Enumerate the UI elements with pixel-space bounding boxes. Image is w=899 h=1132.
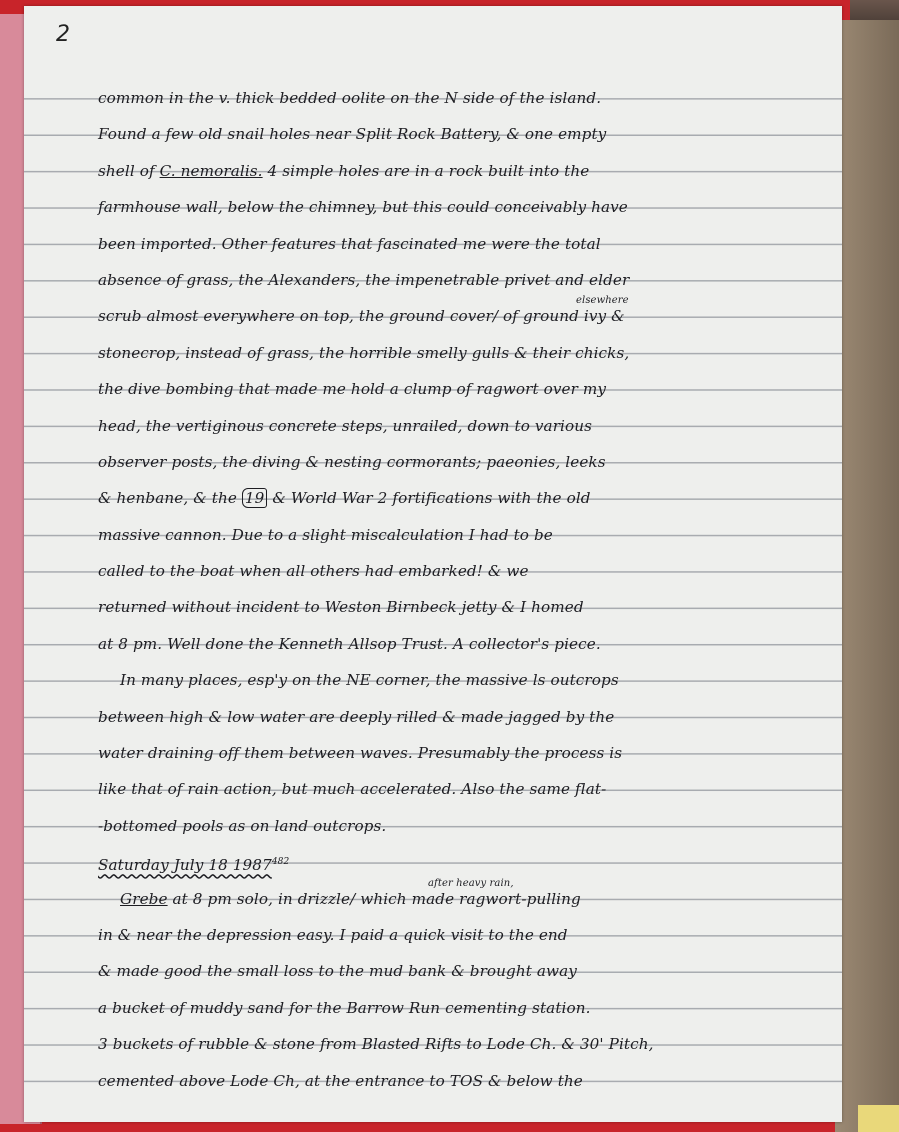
text-segment: at 8 pm solo, in drizzle/ which made rag… [168, 890, 581, 908]
text-line: common in the v. thick bedded oolite on … [98, 80, 838, 116]
cave-name-underlined: Grebe [120, 890, 168, 908]
date-heading-text: Saturday July 18 1987 [98, 856, 272, 874]
text-line: a bucket of muddy sand for the Barrow Ru… [98, 990, 838, 1026]
text-line: stonecrop, instead of grass, the horribl… [98, 335, 838, 371]
text-line: & henbane, & the 19 & World War 2 fortif… [98, 480, 838, 516]
text-line: shell of C. nemoralis. 4 simple holes ar… [98, 153, 838, 189]
text-line: cemented above Lode Ch, at the entrance … [98, 1063, 838, 1099]
text-line: & made good the small loss to the mud ba… [98, 953, 838, 989]
text-line: at 8 pm. Well done the Kenneth Allsop Tr… [98, 626, 838, 662]
text-line: returned without incident to Weston Birn… [98, 589, 838, 625]
text-line: head, the vertiginous concrete steps, un… [98, 408, 838, 444]
text-segment: scrub almost everywhere on top, the grou… [98, 307, 625, 325]
text-line: the dive bombing that made me hold a clu… [98, 371, 838, 407]
entry-date-heading: Saturday July 18 1987482 [98, 844, 838, 880]
text-line: after heavy rain, Grebe at 8 pm solo, in… [98, 881, 838, 917]
yellow-tab [858, 1105, 899, 1132]
circled-century-19: 19 [242, 488, 268, 508]
text-line: like that of rain action, but much accel… [98, 771, 838, 807]
text-segment: shell of [98, 162, 160, 180]
text-line: 3 buckets of rubble & stone from Blasted… [98, 1026, 838, 1062]
text-line: absence of grass, the Alexanders, the im… [98, 262, 838, 298]
text-line: observer posts, the diving & nesting cor… [98, 444, 838, 480]
insertion-note: elsewhere [576, 296, 629, 306]
text-line: been imported. Other features that fasci… [98, 226, 838, 262]
text-line: water draining off them between waves. P… [98, 735, 838, 771]
text-line: called to the boat when all others had e… [98, 553, 838, 589]
text-line: in & near the depression easy. I paid a … [98, 917, 838, 953]
text-line: massive cannon. Due to a slight miscalcu… [98, 517, 838, 553]
entry-number-superscript: 482 [272, 857, 289, 867]
text-line: farmhouse wall, below the chimney, but t… [98, 189, 838, 225]
page-number: 2 [56, 22, 70, 47]
text-segment: & henbane, & the [98, 489, 242, 507]
text-line: In many places, esp'y on the NE corner, … [98, 662, 838, 698]
insertion-note: after heavy rain, [428, 879, 514, 889]
background-pages-edge [835, 20, 899, 1132]
species-name-underlined: C. nemoralis. [160, 162, 263, 180]
notebook-page: 2 common in the v. thick bedded oolite o… [24, 6, 842, 1122]
text-line: between high & low water are deeply rill… [98, 699, 838, 735]
text-line: elsewhere scrub almost everywhere on top… [98, 298, 838, 334]
text-segment: & World War 2 fortifications with the ol… [267, 489, 590, 507]
text-segment: 4 simple holes are in a rock built into … [263, 162, 590, 180]
text-line: Found a few old snail holes near Split R… [98, 116, 838, 152]
handwritten-text: common in the v. thick bedded oolite on … [98, 80, 838, 1099]
text-line: -bottomed pools as on land outcrops. [98, 808, 838, 844]
